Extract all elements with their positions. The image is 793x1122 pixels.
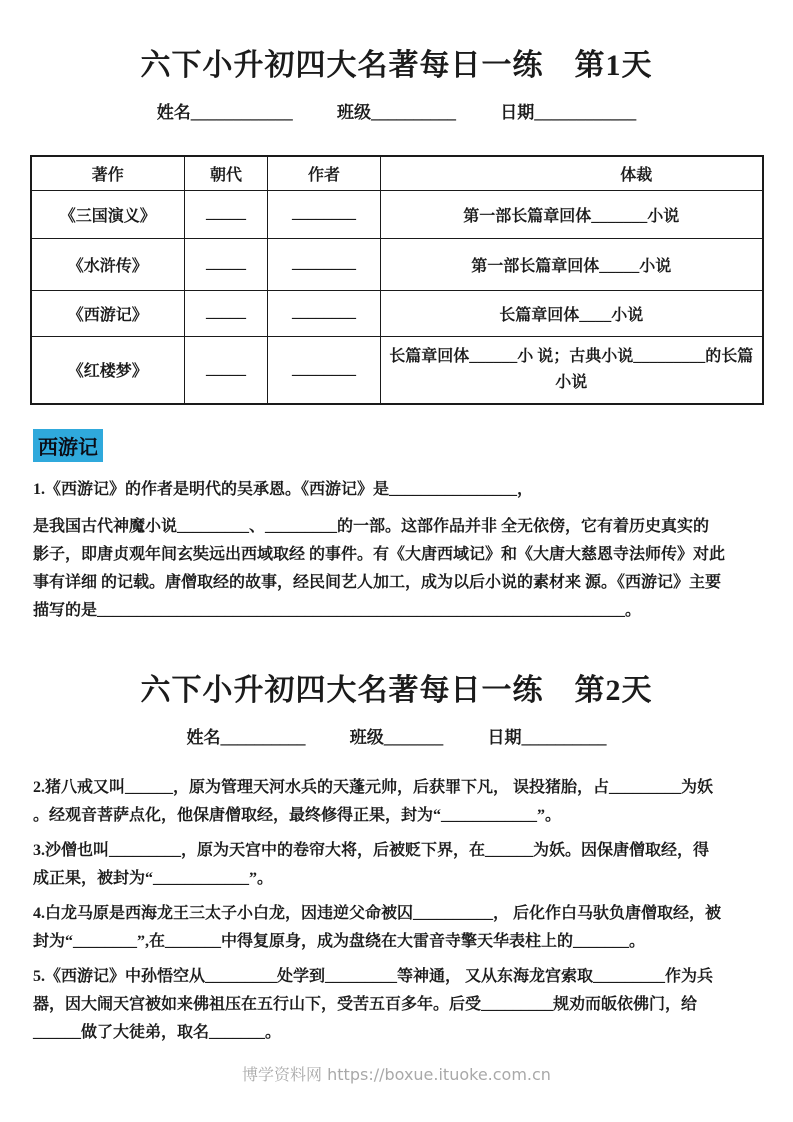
class-blank: __________: [371, 103, 456, 122]
section-label-xiyouji: 西游记: [33, 429, 103, 462]
author-blank: ________: [268, 190, 381, 238]
question-3-line: 成正果，被封为“____________”。: [33, 865, 760, 893]
worksheet-page: 六下小升初四大名著每日一练 第1天 姓名____________ 班级_____…: [0, 0, 793, 1122]
genre-text: 第一部长篇章回体_______小说: [381, 190, 763, 238]
day1-class-field: 班级__________: [337, 103, 456, 122]
header-dynasty: 朝代: [185, 156, 268, 190]
author-blank: ________: [268, 238, 381, 290]
day2-name-line: 姓名__________ 班级_______ 日期__________: [0, 726, 793, 750]
question-1-line: 影子，即唐贞观年间玄奘远出西域取经 的事件。有《大唐西域记》和《大唐大慈恩寺法师…: [33, 541, 760, 569]
question-5-line: ______做了大徒弟，取名_______。: [33, 1019, 760, 1047]
day2-date-field: 日期__________: [488, 728, 607, 747]
class-label: 班级: [350, 728, 384, 747]
question-2: 2.猪八戒又叫______，原为管理天河水兵的天蓬元帅，后获罪下凡， 误投猪胎，…: [33, 774, 760, 830]
day2-questions: 2.猪八戒又叫______，原为管理天河水兵的天蓬元帅，后获罪下凡， 误投猪胎，…: [33, 774, 760, 1047]
author-blank: ________: [268, 336, 381, 404]
dynasty-blank: _____: [185, 336, 268, 404]
work-title: 《水浒传》: [31, 238, 185, 290]
question-4-line: 封为“________”,在_______中得复原身，成为盘绕在大雷音寺擎天华表…: [33, 928, 760, 956]
header-genre: 体裁: [381, 156, 763, 190]
work-title: 《西游记》: [31, 290, 185, 336]
question-3: 3.沙僧也叫_________，原为天宫中的卷帘大将，后被贬下界，在______…: [33, 837, 760, 893]
dynasty-blank: _____: [185, 290, 268, 336]
work-title: 《三国演义》: [31, 190, 185, 238]
day1-date-field: 日期____________: [500, 103, 636, 122]
question-4-line: 4.白龙马原是西海龙王三太子小白龙，因违逆父命被囚__________， 后化作…: [33, 900, 760, 928]
name-label: 姓名: [157, 103, 191, 122]
question-5-line: 器，因大闹天宫被如来佛祖压在五行山下，受苦五百多年。后受_________规劝而…: [33, 991, 760, 1019]
table-row: 《三国演义》 _____ ________ 第一部长篇章回体_______小说: [31, 190, 763, 238]
header-author: 作者: [268, 156, 381, 190]
date-blank: ____________: [534, 103, 636, 122]
day1-name-field: 姓名____________: [157, 103, 293, 122]
name-blank: ____________: [191, 103, 293, 122]
question-5-line: 5.《西游记》中孙悟空从_________处学到_________等神通， 又从…: [33, 963, 760, 991]
class-blank: _______: [384, 728, 444, 747]
name-blank: __________: [221, 728, 306, 747]
question-1-line: 事有详细 的记载。唐僧取经的故事，经民间艺人加工，成为以后小说的素材来 源。《西…: [33, 569, 760, 597]
date-label: 日期: [488, 728, 522, 747]
genre-text: 第一部长篇章回体_____小说: [381, 238, 763, 290]
novels-table: 著作 朝代 作者 体裁 《三国演义》 _____ ________ 第一部长篇章…: [30, 155, 764, 405]
day2-name-field: 姓名__________: [187, 728, 306, 747]
table-row: 《红楼梦》 _____ ________ 长篇章回体______小 说；古典小说…: [31, 336, 763, 404]
watermark-footer: 博学资料网 https://boxue.ituoke.com.cn: [0, 1062, 793, 1085]
genre-text: 长篇章回体____小说: [381, 290, 763, 336]
table-row: 《西游记》 _____ ________ 长篇章回体____小说: [31, 290, 763, 336]
table-row: 《水浒传》 _____ ________ 第一部长篇章回体_____小说: [31, 238, 763, 290]
question-2-line: 。经观音菩萨点化，他保唐僧取经，最终修得正果，封为“____________”。: [33, 802, 760, 830]
question-2-line: 2.猪八戒又叫______，原为管理天河水兵的天蓬元帅，后获罪下凡， 误投猪胎，…: [33, 774, 760, 802]
work-title: 《红楼梦》: [31, 336, 185, 404]
day1-name-line: 姓名____________ 班级__________ 日期__________…: [0, 101, 793, 125]
dynasty-blank: _____: [185, 190, 268, 238]
day2-class-field: 班级_______: [350, 728, 444, 747]
question-3-line: 3.沙僧也叫_________，原为天宫中的卷帘大将，后被贬下界，在______…: [33, 837, 760, 865]
question-1: 1.《西游记》的作者是明代的吴承恩。《西游记》是________________…: [33, 476, 760, 625]
genre-text: 长篇章回体______小 说；古典小说_________的长篇小说: [381, 336, 763, 404]
day1-title: 六下小升初四大名著每日一练 第1天: [0, 46, 793, 86]
date-label: 日期: [500, 103, 534, 122]
day2-title: 六下小升初四大名著每日一练 第2天: [0, 671, 793, 711]
class-label: 班级: [337, 103, 371, 122]
dynasty-blank: _____: [185, 238, 268, 290]
question-1-line: 1.《西游记》的作者是明代的吴承恩。《西游记》是________________…: [33, 476, 760, 504]
date-blank: __________: [522, 728, 607, 747]
name-label: 姓名: [187, 728, 221, 747]
question-1-line: 描写的是____________________________________…: [33, 597, 760, 625]
question-4: 4.白龙马原是西海龙王三太子小白龙，因违逆父命被囚__________， 后化作…: [33, 900, 760, 956]
table-header-row: 著作 朝代 作者 体裁: [31, 156, 763, 190]
header-work: 著作: [31, 156, 185, 190]
question-1-line: 是我国古代神魔小说_________、_________的一部。这部作品并非 全…: [33, 513, 760, 541]
question-5: 5.《西游记》中孙悟空从_________处学到_________等神通， 又从…: [33, 963, 760, 1047]
author-blank: ________: [268, 290, 381, 336]
